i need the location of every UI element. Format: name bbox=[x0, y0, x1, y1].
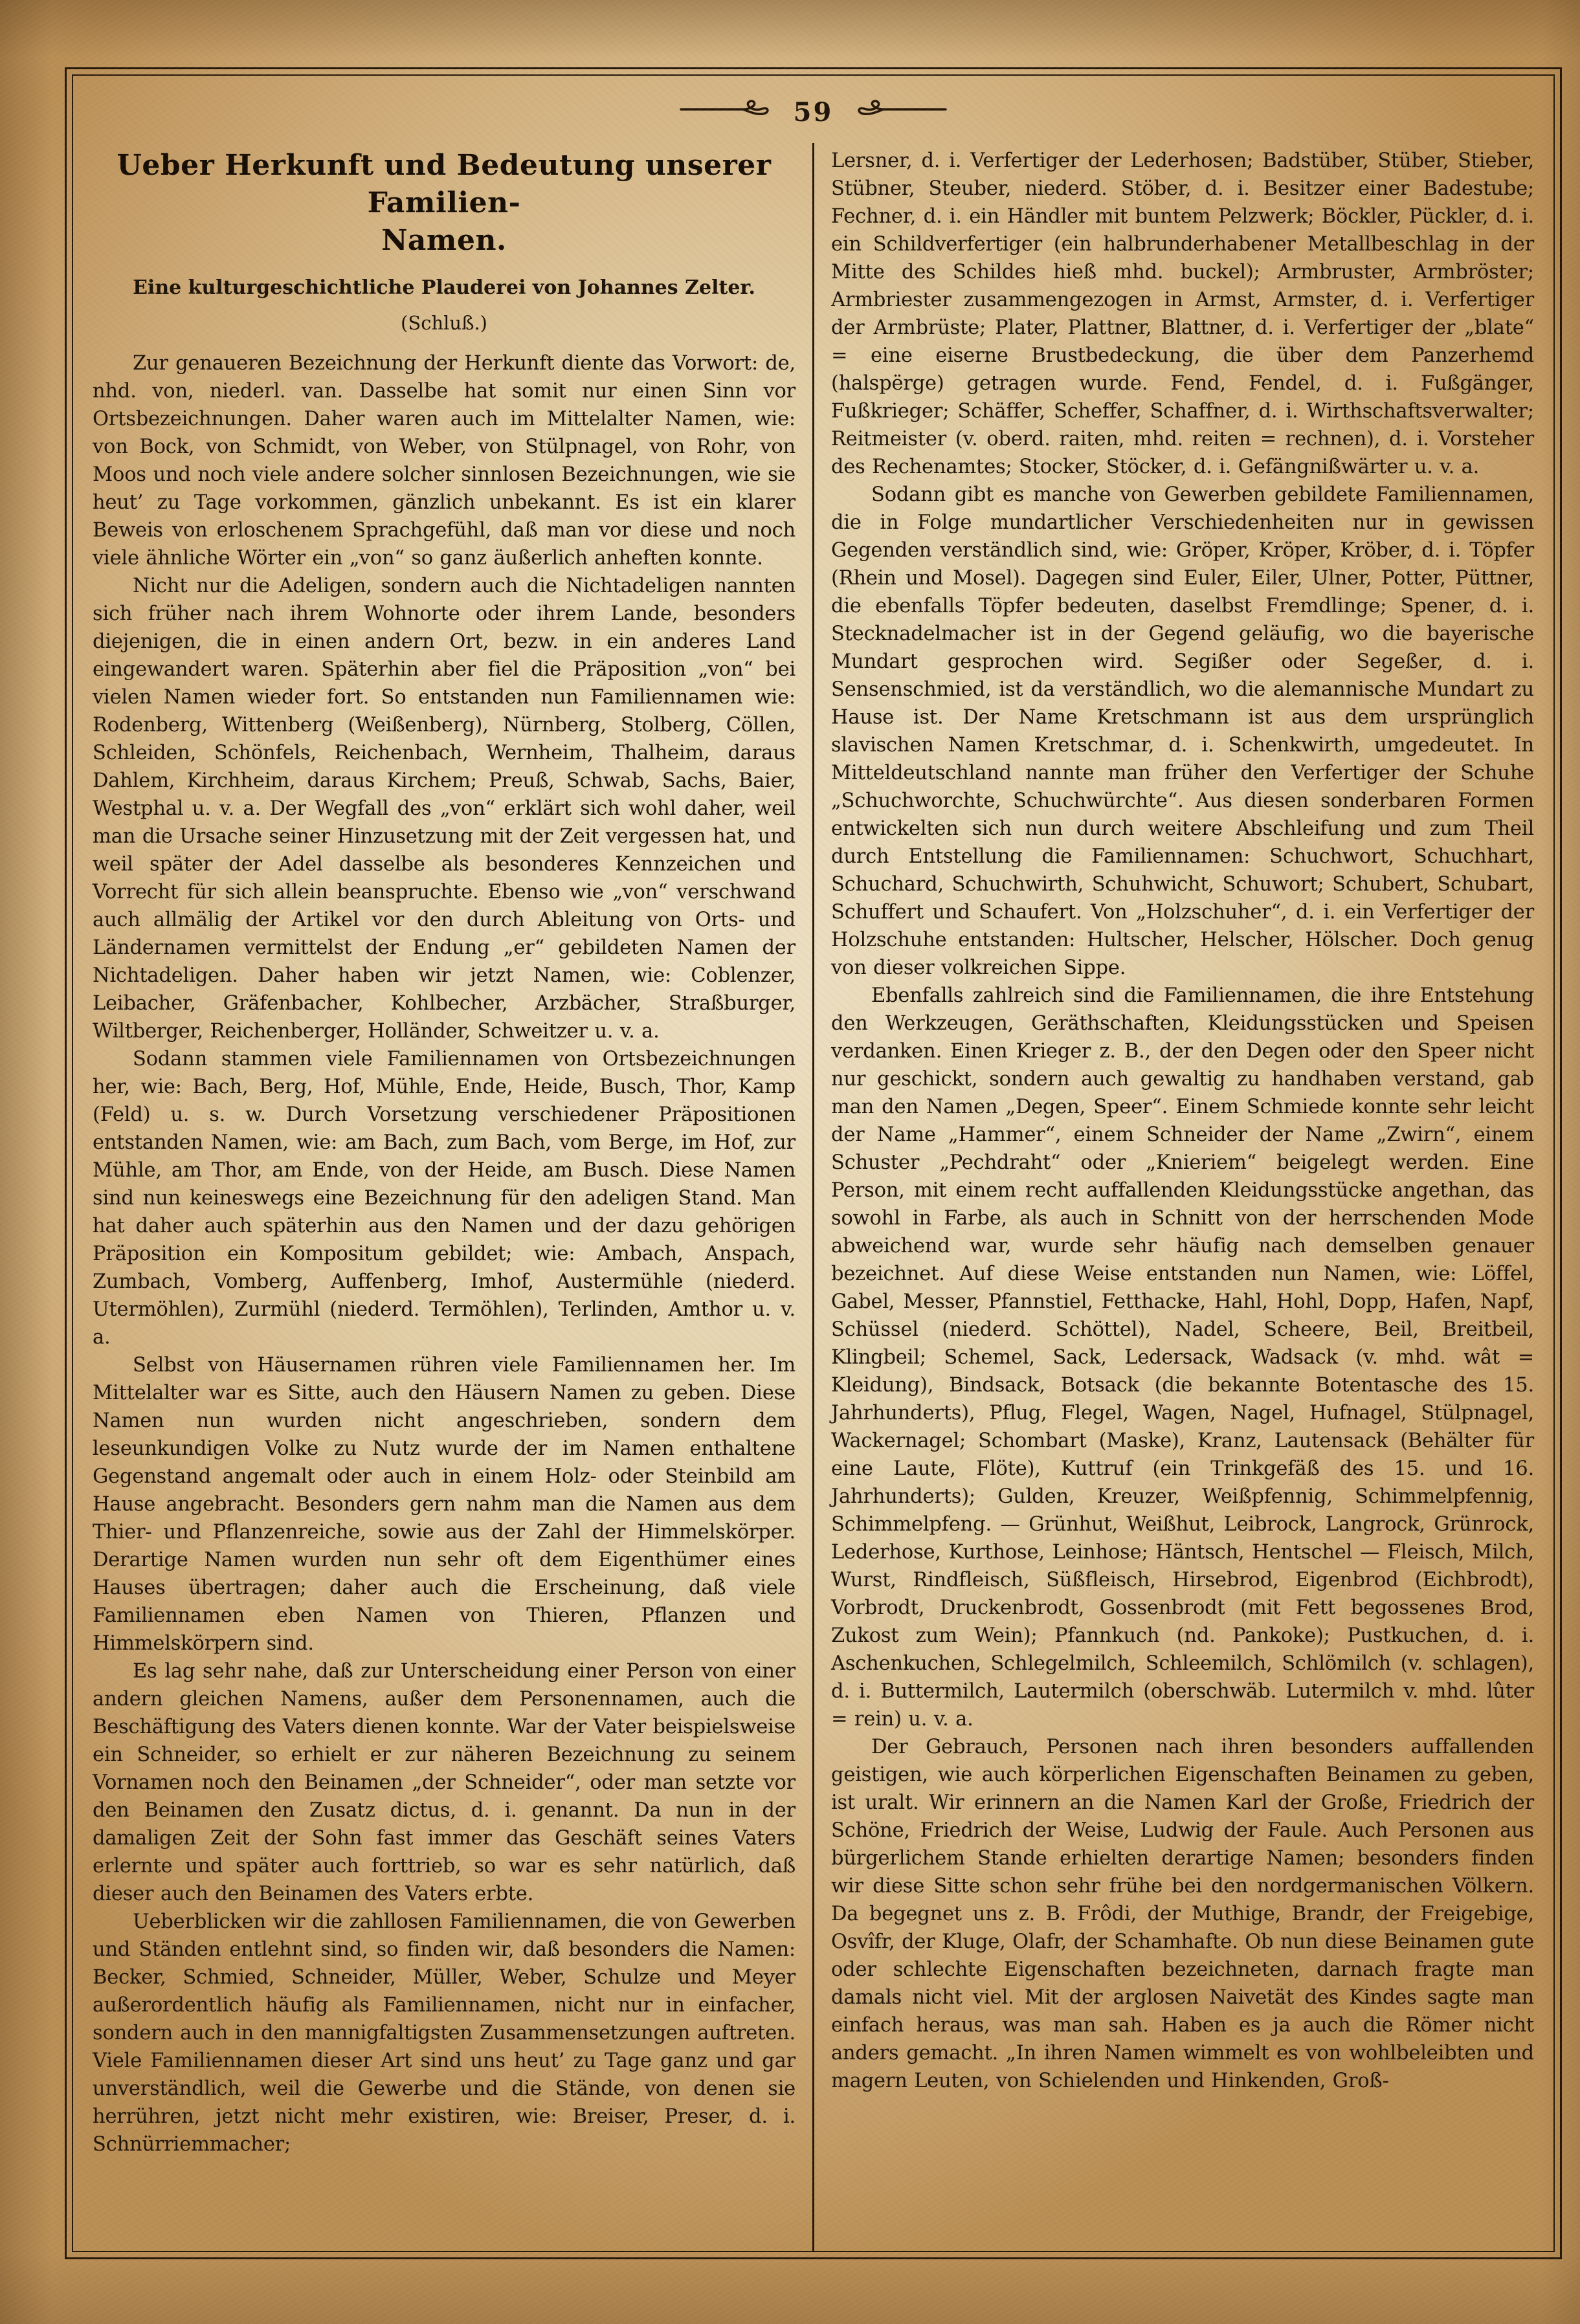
article-title-line1: Ueber Herkunft und Bedeutung unserer Fam… bbox=[117, 149, 772, 219]
article-title: Ueber Herkunft und Bedeutung unserer Fam… bbox=[93, 147, 796, 260]
paragraph: Es lag sehr nahe, daß zur Unterscheidung… bbox=[93, 1657, 796, 1908]
page-frame-outer: 59 Ueber Herkunft und Bedeutung unserer … bbox=[65, 67, 1562, 2259]
paragraph: Nicht nur die Adeligen, sondern auch die… bbox=[93, 572, 796, 1045]
flourish-right-icon bbox=[850, 98, 947, 120]
paragraph: Ueberblicken wir die zahllosen Familienn… bbox=[93, 1908, 796, 2158]
paragraph: Ebenfalls zahlreich sind die Familiennam… bbox=[831, 982, 1534, 1733]
paragraph: Zur genaueren Bezeichnung der Herkunft d… bbox=[93, 349, 796, 572]
column-right-text: Lersner, d. i. Verfertiger der Lederhose… bbox=[831, 147, 1534, 2095]
page-header: 59 bbox=[73, 76, 1553, 143]
paragraph: Selbst von Häusernamen rühren viele Fami… bbox=[93, 1351, 796, 1657]
page-number: 59 bbox=[794, 97, 834, 127]
article-subtitle: Eine kulturgeschichtliche Plauderei von … bbox=[93, 276, 796, 299]
part-note: (Schluß.) bbox=[93, 312, 796, 334]
article-title-line2: Namen. bbox=[381, 224, 507, 257]
paragraph: Sodann stammen viele Familiennamen von O… bbox=[93, 1045, 796, 1351]
paragraph: Der Gebrauch, Personen nach ihren besond… bbox=[831, 1733, 1534, 2095]
paragraph: Lersner, d. i. Verfertiger der Lederhose… bbox=[831, 147, 1534, 481]
columns: Ueber Herkunft und Bedeutung unserer Fam… bbox=[73, 143, 1553, 2251]
page-frame-inner: 59 Ueber Herkunft und Bedeutung unserer … bbox=[72, 74, 1555, 2252]
flourish-left-icon bbox=[680, 98, 777, 120]
column-right: Lersner, d. i. Verfertiger der Lederhose… bbox=[814, 143, 1553, 2251]
scanned-page: 59 Ueber Herkunft und Bedeutung unserer … bbox=[0, 0, 1580, 2324]
column-left: Ueber Herkunft und Bedeutung unserer Fam… bbox=[73, 143, 812, 2251]
paragraph: Sodann gibt es manche von Gewerben gebil… bbox=[831, 481, 1534, 982]
column-left-text: Zur genaueren Bezeichnung der Herkunft d… bbox=[93, 349, 796, 2158]
